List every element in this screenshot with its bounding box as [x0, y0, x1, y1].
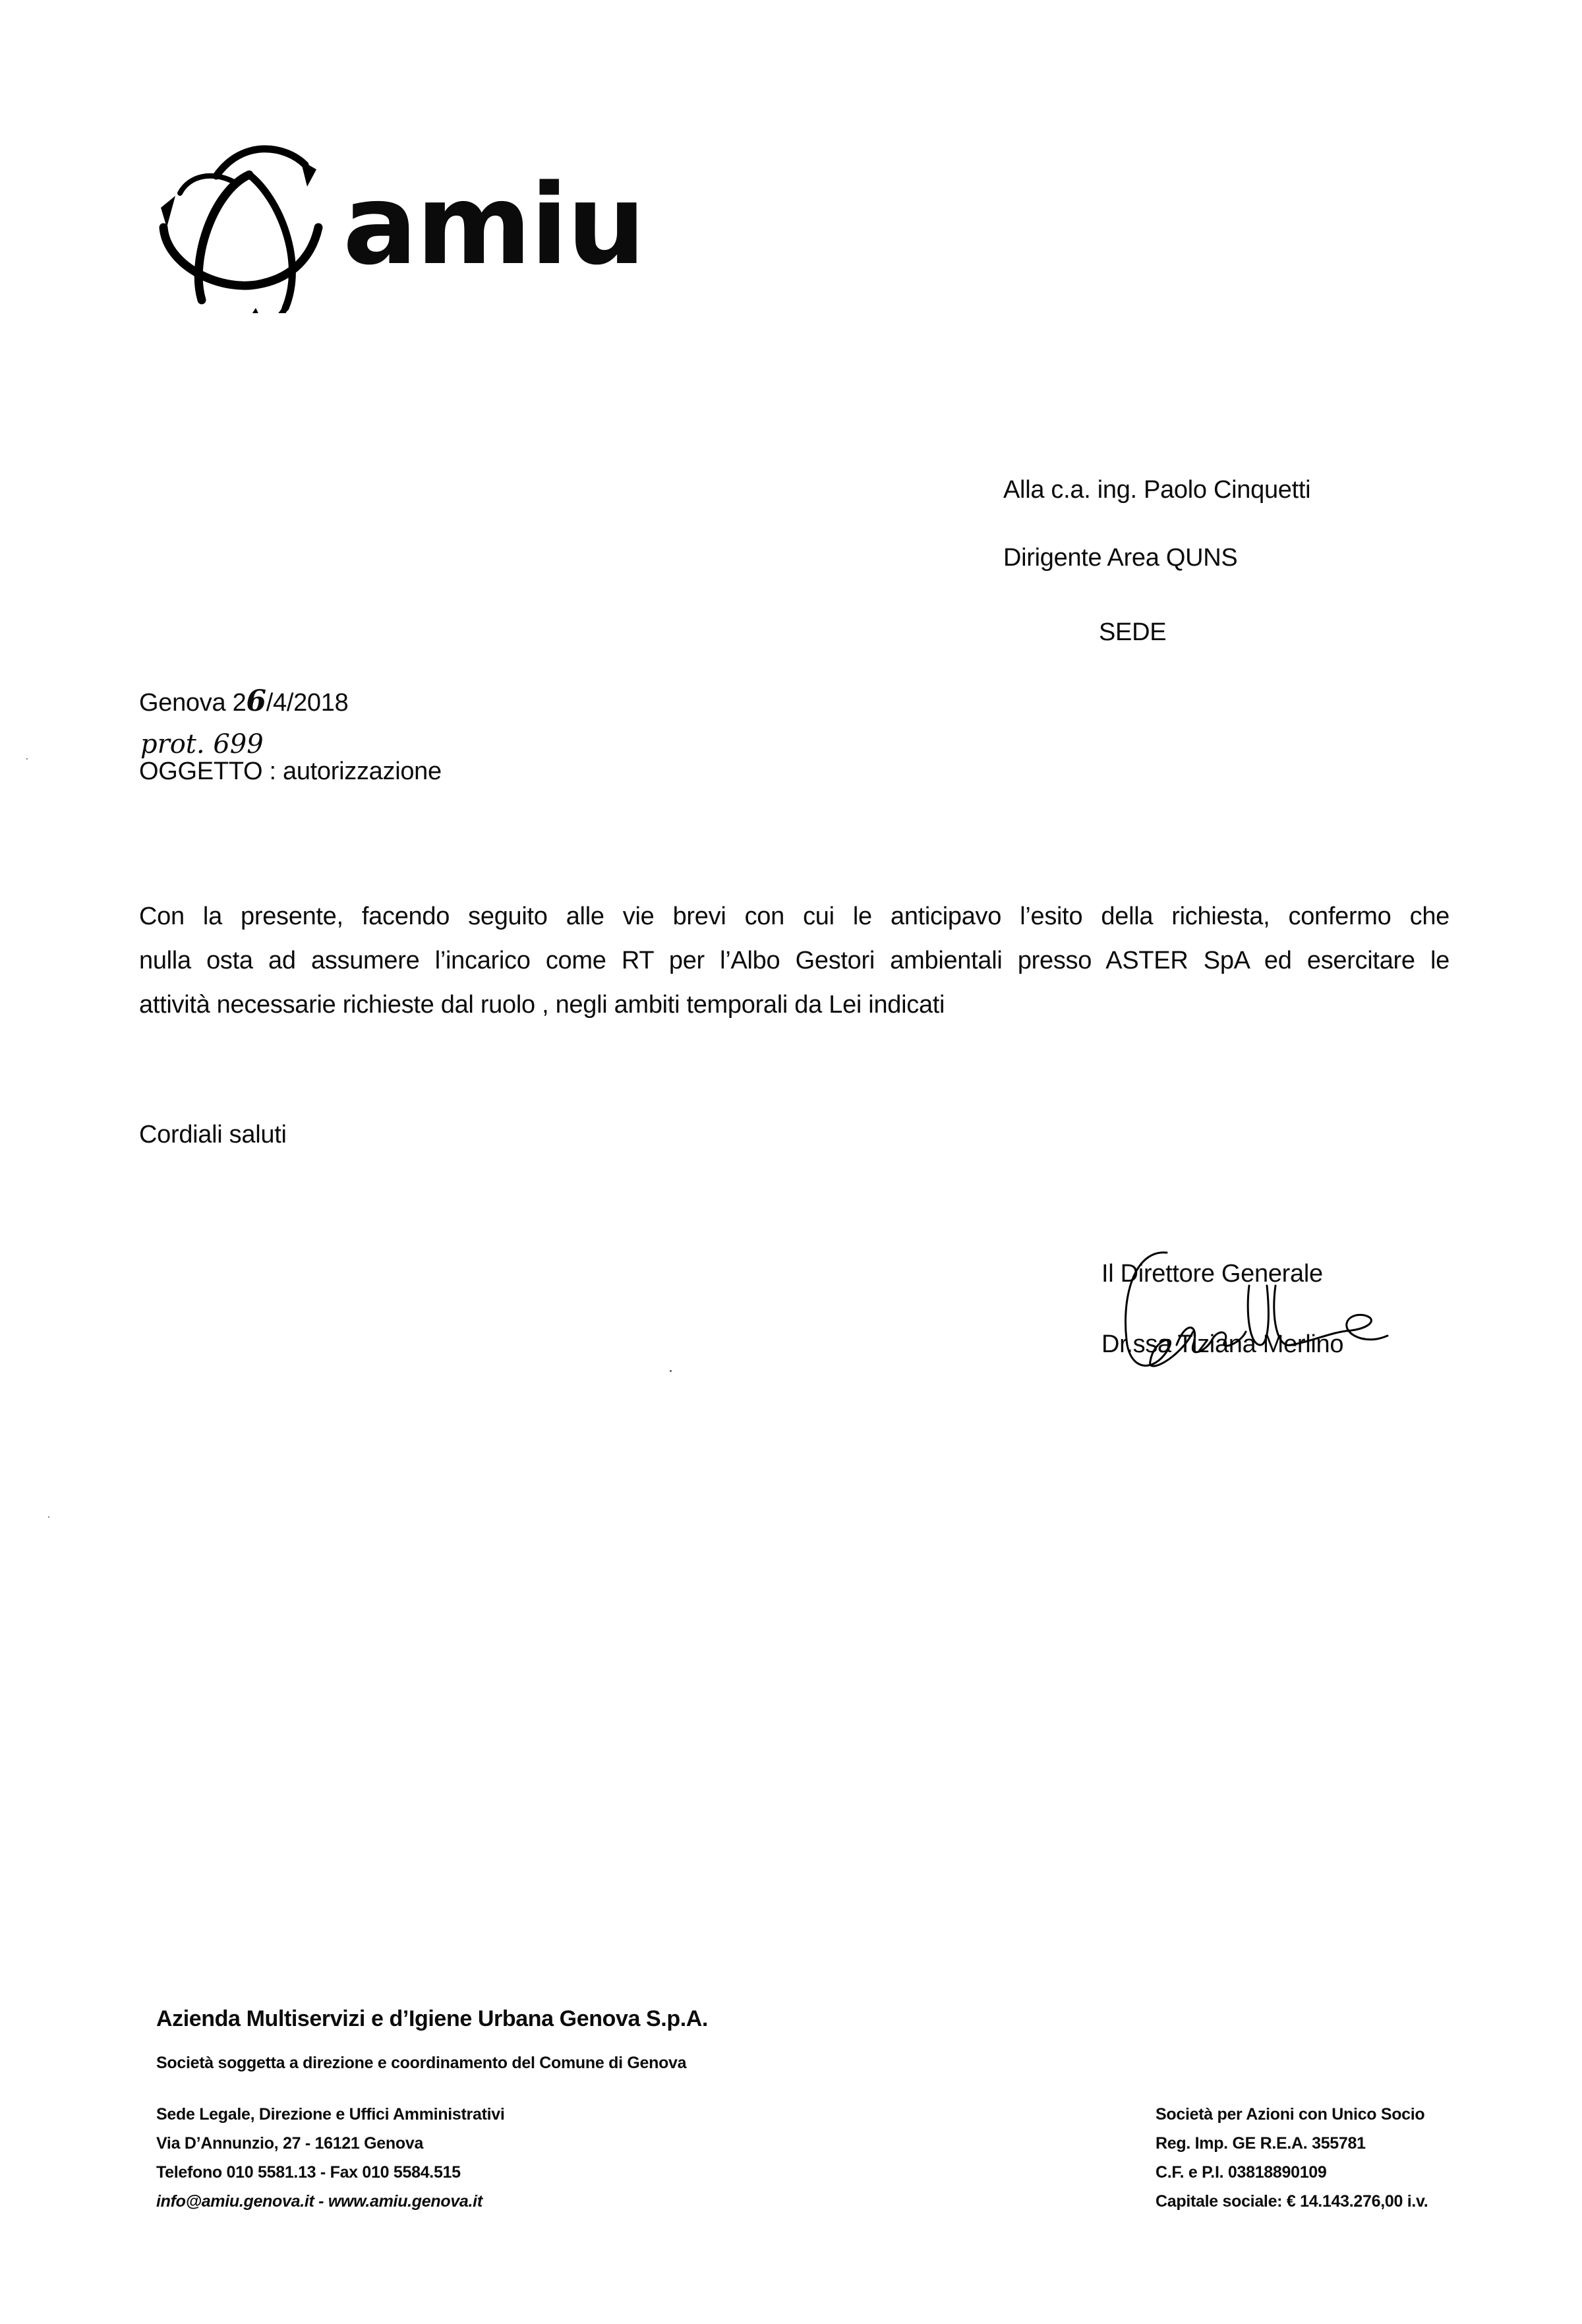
amiu-globe-arrows-icon: [150, 135, 341, 313]
footer-legal-3: C.F. e P.I. 03818890109: [1156, 2163, 1327, 2182]
recipient-line-3: SEDE: [1099, 620, 1166, 645]
footer-separator: -: [314, 2192, 328, 2211]
scan-speck: [48, 1516, 49, 1518]
subject-label: OGGETTO: [139, 758, 262, 785]
place-date: Genova 26/4/2018: [139, 687, 348, 716]
scan-speck: [26, 758, 28, 760]
subject-separator: :: [262, 758, 283, 785]
footer-subtitle: Società soggetta a direzione e coordinam…: [156, 2054, 686, 2073]
footer-legal-2: Reg. Imp. GE R.E.A. 355781: [1156, 2134, 1366, 2153]
body-line: Con la presente, facendo seguito alle vi…: [139, 895, 1450, 939]
scan-speck: [670, 1370, 672, 1372]
amiu-logo: amiu: [150, 135, 612, 313]
footer-legal-4: Capitale sociale: € 14.143.276,00 i.v.: [1156, 2192, 1428, 2211]
footer-address: Via D’Annunzio, 27 - 16121 Genova: [156, 2134, 423, 2153]
protocol-handwritten: prot. 699: [140, 729, 264, 760]
footer-legal-1: Società per Azioni con Unico Socio: [1156, 2105, 1424, 2124]
footer-contacts: info@amiu.genova.it - www.amiu.genova.it: [156, 2192, 483, 2211]
footer-company: Azienda Multiservizi e d’Igiene Urbana G…: [156, 2006, 708, 2032]
subject: OGGETTO : autorizzazione: [139, 759, 442, 784]
closing: Cordiali saluti: [139, 1122, 287, 1147]
recipient-line-2: Dirigente Area QUNS: [1003, 545, 1237, 570]
date-rest: /4/2018: [266, 689, 349, 717]
brand-name: amiu: [343, 169, 645, 280]
footer-website-link[interactable]: www.amiu.genova.it: [328, 2192, 483, 2211]
body-paragraph: Con la presente, facendo seguito alle vi…: [139, 895, 1450, 1027]
subject-value: autorizzazione: [283, 758, 442, 785]
handwritten-signature-icon: [1114, 1246, 1404, 1378]
body-line: nulla osta ad assumere l’incarico come R…: [139, 939, 1450, 983]
date-day-prefix: 2: [233, 689, 247, 717]
footer-office: Sede Legale, Direzione e Uffici Amminist…: [156, 2105, 505, 2124]
footer-email-link[interactable]: info@amiu.genova.it: [156, 2192, 314, 2211]
body-line: attività necessarie richieste dal ruolo …: [139, 983, 1450, 1027]
date-day-handwritten: 6: [246, 684, 266, 718]
footer-phone-fax: Telefono 010 5581.13 - Fax 010 5584.515: [156, 2163, 461, 2182]
place: Genova: [139, 689, 233, 717]
recipient-line-1: Alla c.a. ing. Paolo Cinquetti: [1003, 477, 1310, 502]
